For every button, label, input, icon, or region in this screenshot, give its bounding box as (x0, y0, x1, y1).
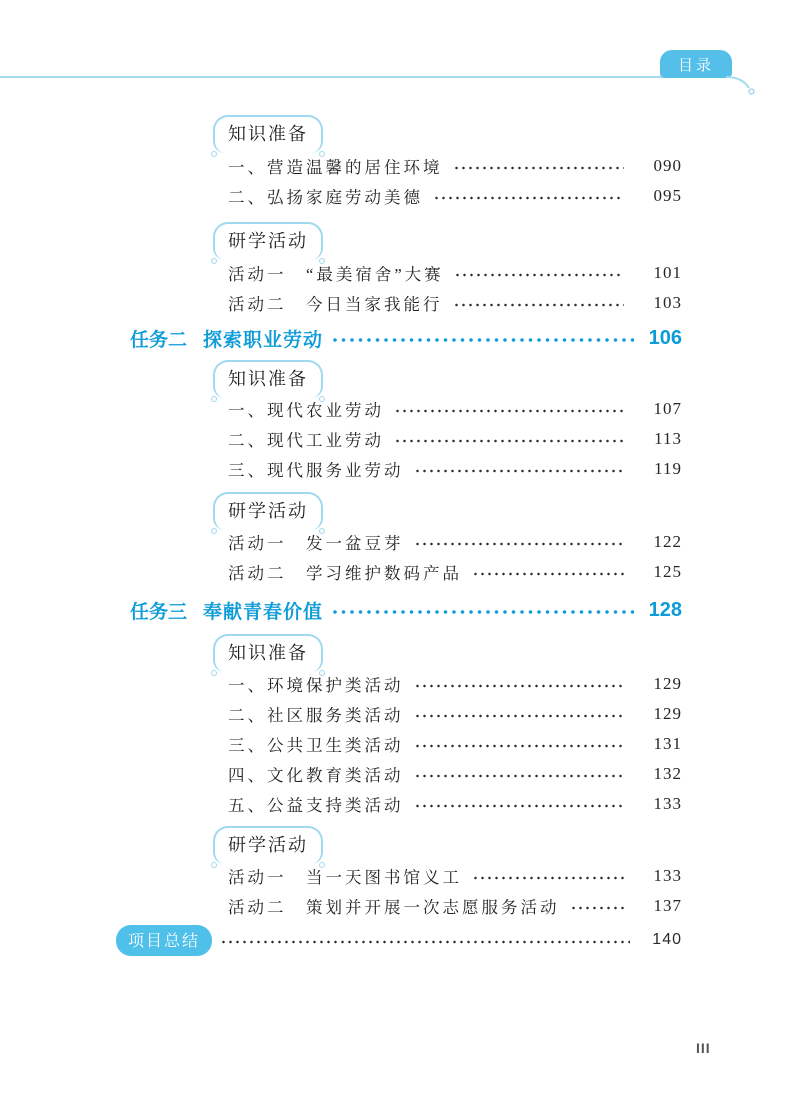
project-summary-badge: 项目总结 (116, 925, 212, 956)
entry-page: 129 (630, 674, 682, 694)
section-label: 知识准备 (213, 115, 323, 153)
toc-entry: 五、公益支持类活动 133 (228, 789, 682, 819)
section-label-row: 知识准备 (213, 360, 323, 394)
toc-entry: 四、文化教育类活动 132 (228, 759, 682, 789)
dot-leader (414, 540, 625, 548)
dot-leader (414, 712, 625, 720)
section-label: 知识准备 (213, 360, 323, 398)
entry-title: 三、公共卫生类活动 (228, 732, 404, 756)
entry-title: 一、营造温馨的居住环境 (228, 154, 443, 178)
toc-entry: 一、现代农业劳动 107 (228, 394, 682, 424)
toc-task-entry: 任务三 奉献青春价值 128 (130, 592, 682, 628)
dot-leader (220, 938, 630, 946)
dot-leader (433, 194, 624, 202)
entry-title: 五、公益支持类活动 (228, 792, 404, 816)
entry-title: 二、社区服务类活动 (228, 702, 404, 726)
section-label-row: 知识准备 (213, 634, 323, 668)
entry-page: 107 (630, 399, 682, 419)
entry-page: 125 (630, 562, 682, 582)
task-page: 106 (636, 327, 682, 350)
section-label: 研学活动 (213, 826, 323, 864)
toc-entry: 活动二 策划并开展一次志愿服务活动 137 (228, 891, 682, 921)
toc-entry: 一、环境保护类活动 129 (228, 669, 682, 699)
task-title: 探索职业劳动 (203, 325, 323, 352)
dot-leader (414, 772, 625, 780)
entry-page: 113 (630, 429, 682, 449)
entry-page: 122 (630, 532, 682, 552)
toc-entry: 二、现代工业劳动 113 (228, 424, 682, 454)
entry-title: 活动二 学习维护数码产品 (228, 560, 462, 584)
entry-page: 131 (630, 734, 682, 754)
dot-leader (454, 271, 624, 279)
toc-entry: 三、现代服务业劳动 119 (228, 454, 682, 484)
dot-leader (414, 802, 625, 810)
entry-title: 活动二 今日当家我能行 (228, 291, 443, 315)
dot-leader (414, 682, 625, 690)
toc-task-entry: 任务二 探索职业劳动 106 (130, 320, 682, 356)
task-page: 128 (636, 599, 682, 622)
entry-title: 四、文化教育类活动 (228, 762, 404, 786)
entry-page: 133 (630, 794, 682, 814)
entry-page: 133 (630, 866, 682, 886)
dot-leader (453, 164, 625, 172)
section-label: 研学活动 (213, 222, 323, 260)
entry-page: 101 (630, 263, 682, 283)
toc-entry: 二、弘扬家庭劳动美德 095 (228, 181, 682, 211)
toc-entry: 活动一 当一天图书馆义工 133 (228, 861, 682, 891)
entry-title: 一、现代农业劳动 (228, 397, 384, 421)
toc-entry: 一、营造温馨的居住环境 090 (228, 151, 682, 181)
entry-page: 119 (630, 459, 682, 479)
swash-ornament-icon (726, 76, 760, 98)
toc-entry: 活动一 “最美宿舍”大赛 101 (228, 258, 682, 288)
entry-page: 090 (630, 156, 682, 176)
dot-leader (472, 570, 624, 578)
dot-leader (414, 742, 625, 750)
section-label-row: 研学活动 (213, 222, 323, 256)
project-summary-entry: 项目总结 140 (116, 925, 682, 955)
dot-leader (394, 407, 624, 415)
toc-tab-badge: 目录 (660, 50, 732, 78)
toc-entry: 二、社区服务类活动 129 (228, 699, 682, 729)
task-number: 任务三 (130, 597, 187, 624)
entry-page: 140 (636, 931, 682, 949)
section-label-row: 研学活动 (213, 826, 323, 860)
entry-page: 129 (630, 704, 682, 724)
entry-title: 二、现代工业劳动 (228, 427, 384, 451)
dot-leader (570, 904, 625, 912)
dot-leader (331, 608, 634, 616)
dot-leader (331, 336, 634, 344)
entry-title: 活动一 当一天图书馆义工 (228, 864, 462, 888)
section-label: 研学活动 (213, 492, 323, 530)
toc-entry: 三、公共卫生类活动 131 (228, 729, 682, 759)
entry-title: 活动一 发一盆豆芽 (228, 530, 404, 554)
entry-page: 137 (630, 896, 682, 916)
section-label-row: 知识准备 (213, 115, 323, 149)
task-title: 奉献青春价值 (203, 597, 323, 624)
entry-title: 活动二 策划并开展一次志愿服务活动 (228, 894, 560, 918)
entry-title: 三、现代服务业劳动 (228, 457, 404, 481)
dot-leader (472, 874, 624, 882)
entry-page: 132 (630, 764, 682, 784)
header-rule (0, 76, 730, 78)
entry-title: 一、环境保护类活动 (228, 672, 404, 696)
task-number: 任务二 (130, 325, 187, 352)
section-label-row: 研学活动 (213, 492, 323, 526)
entry-title: 活动一 “最美宿舍”大赛 (228, 261, 444, 285)
toc-entry: 活动二 今日当家我能行 103 (228, 288, 682, 318)
entry-page: 103 (630, 293, 682, 313)
toc-entry: 活动一 发一盆豆芽 122 (228, 527, 682, 557)
dot-leader (414, 467, 625, 475)
dot-leader (394, 437, 624, 445)
section-label: 知识准备 (213, 634, 323, 672)
page-folio: III (696, 1040, 711, 1056)
toc-entry: 活动二 学习维护数码产品 125 (228, 557, 682, 587)
entry-title: 二、弘扬家庭劳动美德 (228, 184, 423, 208)
toc-page: 目录 知识准备 一、营造温馨的居住环境 090 二、弘扬家庭劳动美德 095 研… (0, 0, 800, 1114)
dot-leader (453, 301, 625, 309)
entry-page: 095 (630, 186, 682, 206)
